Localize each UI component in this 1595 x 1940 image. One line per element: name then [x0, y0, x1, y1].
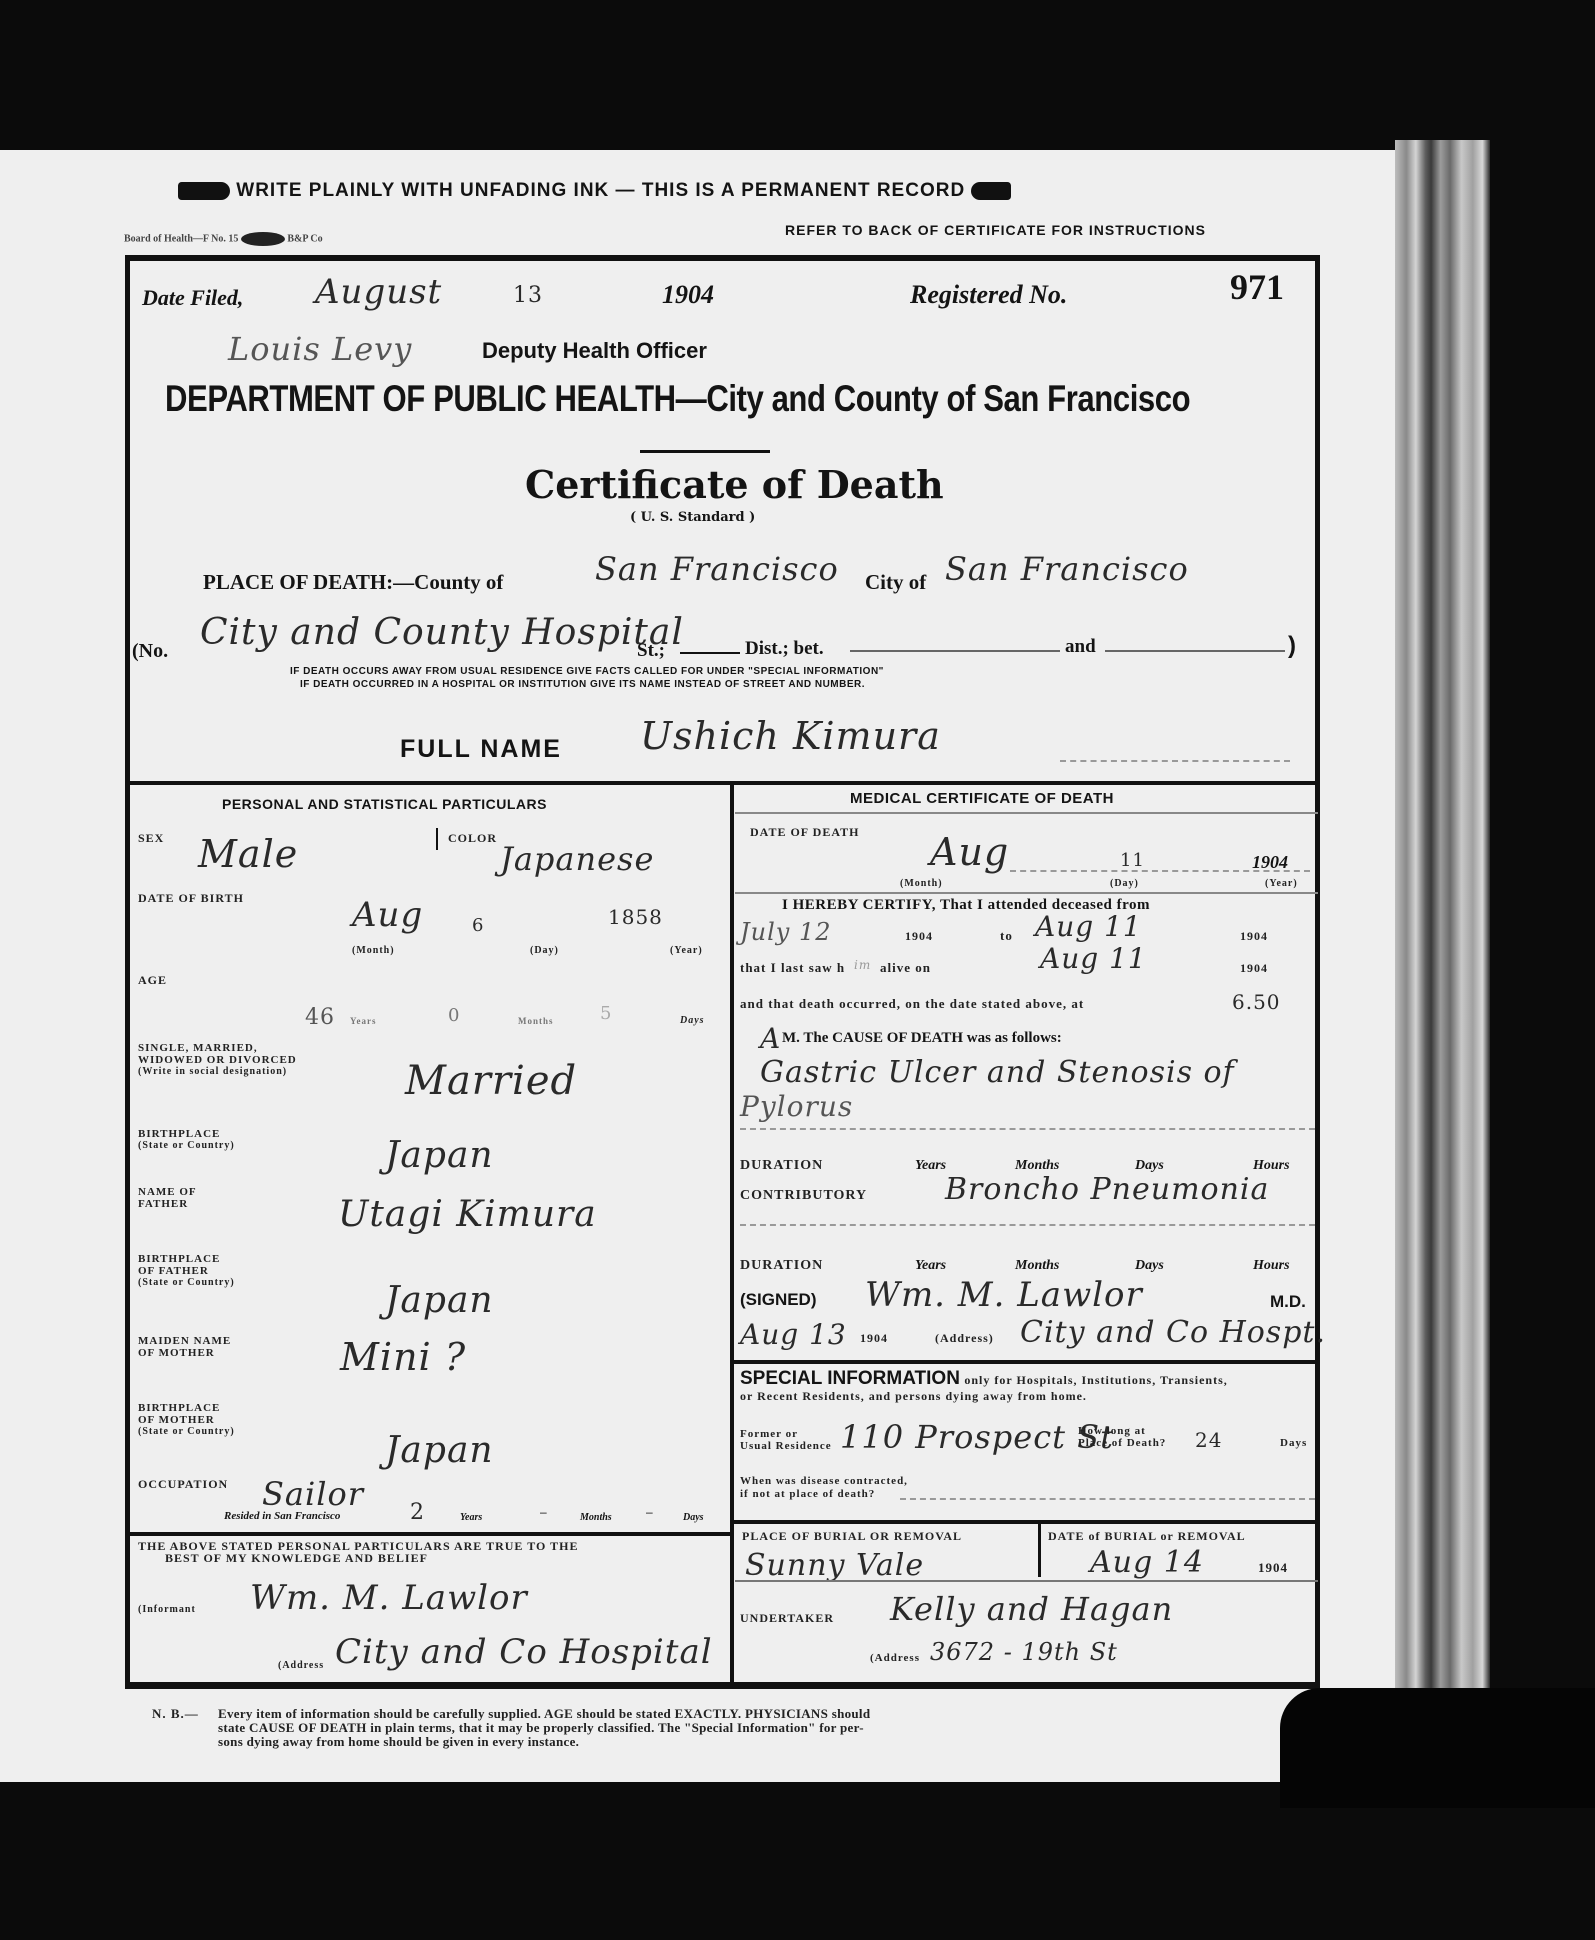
- last-saw-year: 1904: [1240, 962, 1268, 974]
- pointing-hand-icon-right: [971, 182, 1011, 200]
- page-binding-edge: [1395, 140, 1490, 1700]
- special-note: only for Hospitals, Institutions, Transi…: [964, 1373, 1227, 1387]
- undertaker-value: Kelly and Hagan: [890, 1590, 1173, 1628]
- dob-day: 6: [472, 915, 484, 936]
- last-saw-date: Aug 11: [1040, 942, 1147, 975]
- color-value: Japanese: [500, 840, 654, 878]
- footer-line-3: sons dying away from home should be give…: [218, 1736, 579, 1748]
- dob-day-caption: (Day): [530, 945, 559, 957]
- father-bp-label-2: OF FATHER: [138, 1265, 209, 1277]
- place-note-2: IF DEATH OCCURRED IN A HOSPITAL OR INSTI…: [300, 679, 865, 690]
- last-saw-pronoun: im: [854, 958, 871, 972]
- city-value: San Francisco: [945, 550, 1189, 588]
- burial-year: 1904: [1258, 1562, 1288, 1574]
- cause-line-1: Gastric Ulcer and Stenosis of: [760, 1055, 1235, 1090]
- how-long-label-2: Place of Death?: [1078, 1437, 1166, 1449]
- duration-days-2: Days: [1135, 1258, 1164, 1274]
- place-of-death-label: PLACE OF DEATH:—County of: [203, 570, 503, 595]
- contracted-line: [900, 1498, 1315, 1500]
- burial-divider: [1038, 1522, 1041, 1577]
- age-label: AGE: [138, 974, 167, 986]
- last-saw-label: that I last saw h: [740, 962, 845, 974]
- date-filed-day: 13: [513, 283, 543, 308]
- how-long-unit: Days: [1280, 1437, 1307, 1449]
- resided-years-caption: Years: [460, 1512, 482, 1523]
- alive-on-label: alive on: [880, 962, 931, 974]
- warning-text: WRITE PLAINLY WITH UNFADING INK — THIS I…: [236, 180, 965, 201]
- dod-day: 11: [1120, 850, 1145, 871]
- mother-bp-label-1: BIRTHPLACE: [138, 1402, 220, 1414]
- age-days: 5: [600, 1003, 612, 1024]
- dod-year-caption: (Year): [1265, 878, 1298, 890]
- marital-value: Married: [405, 1058, 577, 1104]
- dod-label: DATE OF DEATH: [750, 826, 859, 838]
- mother-bp-value: Japan: [385, 1430, 494, 1471]
- date-filed-label: Date Filed,: [142, 285, 243, 311]
- contributory-line-2: [740, 1224, 1315, 1226]
- signed-value: Wm. M. Lawlor: [865, 1275, 1143, 1315]
- how-long-value: 24: [1195, 1428, 1222, 1452]
- residence-label-1: Former or: [740, 1428, 798, 1440]
- md-label: M.D.: [1270, 1292, 1306, 1312]
- contracted-label-2: if not at place of death?: [740, 1488, 875, 1500]
- registered-label: Registered No.: [910, 280, 1067, 310]
- form-code: Board of Health—F No. 15 B&P Co: [124, 232, 323, 246]
- signed-label: (SIGNED): [740, 1290, 817, 1310]
- district-label: Dist.; bet.: [745, 638, 824, 660]
- close-paren: ): [1288, 632, 1296, 660]
- full-name-label: FULL NAME: [400, 735, 562, 764]
- personal-bottom-line: [128, 1532, 730, 1536]
- burial-date-value: Aug 14: [1090, 1545, 1204, 1580]
- occupation-value: Sailor: [262, 1475, 364, 1513]
- age-days-caption: Days: [680, 1015, 705, 1027]
- signed-year: 1904: [860, 1332, 888, 1344]
- cause-label: M. The CAUSE OF DEATH was as follows:: [782, 1030, 1062, 1047]
- cause-line-2: Pylorus: [740, 1090, 853, 1123]
- standard-subtitle: ( U. S. Standard ): [630, 510, 755, 525]
- signed-bottom-line: [733, 1360, 1318, 1364]
- dob-year: 1858: [608, 905, 663, 929]
- dob-month: Aug: [352, 895, 423, 935]
- residence-value: 110 Prospect St: [840, 1418, 1114, 1456]
- death-ampm: A: [760, 1022, 781, 1055]
- section-top-line: [128, 781, 1318, 785]
- dod-month-caption: (Month): [900, 878, 943, 890]
- to-label: to: [1000, 930, 1013, 942]
- warning-banner: WRITE PLAINLY WITH UNFADING INK — THIS I…: [178, 180, 1011, 202]
- county-value: San Francisco: [595, 550, 839, 588]
- mother-bp-label-2: OF MOTHER: [138, 1414, 215, 1426]
- father-value: Utagi Kimura: [338, 1194, 597, 1235]
- street-label: St.;: [637, 640, 665, 662]
- undertaker-label: UNDERTAKER: [740, 1612, 834, 1624]
- father-label-1: NAME OF: [138, 1186, 197, 1198]
- informant-name: Wm. M. Lawlor: [250, 1578, 528, 1618]
- residence-label-2: Usual Residence: [740, 1440, 832, 1452]
- and-label: and: [1065, 636, 1096, 658]
- dod-bottom-line: [735, 892, 1318, 894]
- date-filed-year: 1904: [662, 280, 714, 310]
- signed-address-label: (Address): [935, 1332, 994, 1344]
- personal-heading: PERSONAL AND STATISTICAL PARTICULARS: [222, 796, 547, 812]
- mother-label-2: OF MOTHER: [138, 1347, 215, 1359]
- officer-signature: Louis Levy: [228, 330, 412, 368]
- place-note-1: IF DEATH OCCURS AWAY FROM USUAL RESIDENC…: [290, 666, 884, 677]
- resided-years: 2: [410, 1500, 425, 1525]
- mother-value: Mini ?: [340, 1335, 466, 1379]
- full-name-line: [1060, 760, 1290, 762]
- footer-line-1: Every item of information should be care…: [218, 1708, 870, 1720]
- burial-place-label: PLACE OF BURIAL OR REMOVAL: [742, 1530, 962, 1542]
- attended-from-year: 1904: [905, 930, 933, 942]
- color-divider: [436, 828, 438, 850]
- sex-label: SEX: [138, 832, 164, 844]
- resided-days-caption: Days: [683, 1512, 704, 1523]
- duration-label-2: DURATION: [740, 1260, 823, 1272]
- medical-heading-line: [735, 812, 1318, 814]
- special-bottom-line: [733, 1520, 1318, 1524]
- dob-month-caption: (Month): [352, 945, 395, 957]
- birthplace-label-1: BIRTHPLACE: [138, 1128, 220, 1140]
- undertaker-address-label: (Address: [870, 1652, 920, 1664]
- institution-value: City and County Hospital: [200, 612, 684, 653]
- duration-hours-2: Hours: [1253, 1258, 1290, 1274]
- dod-day-caption: (Day): [1110, 878, 1139, 890]
- full-name-value: Ushich Kimura: [640, 714, 941, 758]
- duration-years-2: Years: [915, 1258, 946, 1274]
- marital-label-2: WIDOWED OR DIVORCED: [138, 1054, 297, 1066]
- mother-bp-label-3: (State or Country): [138, 1426, 235, 1438]
- certificate-title: Certificate of Death: [525, 462, 944, 507]
- age-months-caption: Months: [518, 1015, 554, 1027]
- resided-label: Resided in San Francisco: [224, 1510, 340, 1522]
- mother-label-1: MAIDEN NAME: [138, 1335, 231, 1347]
- sex-value: Male: [198, 832, 298, 876]
- resided-months-caption: Months: [580, 1512, 612, 1523]
- resided-days: –: [646, 1505, 653, 1519]
- special-note-2: or Recent Residents, and persons dying a…: [740, 1390, 1087, 1402]
- contributory-label: CONTRIBUTORY: [740, 1190, 867, 1202]
- birthplace-label-2: (State or Country): [138, 1140, 235, 1152]
- signed-address: City and Co Hospt.: [1020, 1315, 1326, 1350]
- informant-label: (Informant: [138, 1604, 196, 1616]
- title-divider: [640, 450, 770, 453]
- father-label-2: FATHER: [138, 1198, 188, 1210]
- father-bp-value: Japan: [385, 1280, 494, 1321]
- and-line: [1105, 650, 1285, 652]
- pointing-hand-icon: [178, 182, 230, 200]
- registered-number: 971: [1230, 266, 1284, 308]
- father-bp-label-3: (State or Country): [138, 1277, 235, 1289]
- refer-instructions: REFER TO BACK OF CERTIFICATE FOR INSTRUC…: [785, 222, 1206, 238]
- attended-to-year: 1904: [1240, 930, 1268, 942]
- footer-line-2: state CAUSE OF DEATH in plain terms, tha…: [218, 1722, 864, 1734]
- street-no-label: (No.: [132, 640, 168, 663]
- marital-label-3: (Write in social designation): [138, 1066, 287, 1078]
- occupation-label: OCCUPATION: [138, 1478, 228, 1490]
- dod-month: Aug: [930, 830, 1009, 874]
- age-months: 0: [448, 1005, 460, 1026]
- informant-attest-2: BEST OF MY KNOWLEDGE AND BELIEF: [165, 1552, 428, 1564]
- special-heading: SPECIAL INFORMATION only for Hospitals, …: [740, 1368, 1228, 1390]
- scan-shadow: [1280, 1688, 1595, 1808]
- undertaker-address: 3672 - 19th St: [930, 1638, 1118, 1666]
- duration-years-1: Years: [915, 1158, 946, 1174]
- dob-year-caption: (Year): [670, 945, 703, 957]
- officer-title: Deputy Health Officer: [482, 338, 707, 364]
- burial-place-value: Sunny Vale: [745, 1548, 924, 1583]
- resided-months: –: [540, 1505, 547, 1519]
- city-label: City of: [865, 570, 926, 595]
- district-line: [850, 650, 1060, 652]
- father-bp-label-1: BIRTHPLACE: [138, 1253, 220, 1265]
- duration-months-2: Months: [1015, 1258, 1059, 1274]
- signed-date: Aug 13: [740, 1318, 847, 1351]
- cause-line-3: [740, 1128, 1315, 1130]
- nb-label: N. B.—: [152, 1708, 199, 1720]
- column-divider: [730, 783, 734, 1687]
- duration-label-1: DURATION: [740, 1160, 823, 1172]
- age-years-caption: Years: [350, 1015, 377, 1027]
- informant-address: City and Co Hospital: [335, 1632, 713, 1672]
- death-time: 6.50: [1232, 990, 1281, 1014]
- marital-label-1: SINGLE, MARRIED,: [138, 1042, 258, 1054]
- how-long-label-1: How long at: [1078, 1425, 1146, 1437]
- dod-line: [1010, 870, 1310, 872]
- department-title: DEPARTMENT OF PUBLIC HEALTH—City and Cou…: [165, 378, 1190, 420]
- age-years: 46: [305, 1005, 335, 1030]
- contracted-label-1: When was disease contracted,: [740, 1475, 908, 1487]
- union-label-icon: [241, 232, 285, 246]
- street-line: [680, 652, 740, 654]
- date-filed-month: August: [315, 272, 442, 312]
- attended-from: July 12: [740, 918, 831, 946]
- informant-address-label: (Address: [278, 1660, 324, 1672]
- birthplace-value: Japan: [385, 1135, 494, 1176]
- burial-date-label: DATE of BURIAL or REMOVAL: [1048, 1530, 1246, 1542]
- occurred-text: and that death occurred, on the date sta…: [740, 998, 1084, 1010]
- color-label: COLOR: [448, 832, 497, 844]
- special-title: SPECIAL INFORMATION: [740, 1368, 960, 1389]
- dob-label: DATE OF BIRTH: [138, 892, 244, 904]
- medical-heading: MEDICAL CERTIFICATE OF DEATH: [850, 790, 1114, 807]
- attended-to: Aug 11: [1035, 910, 1142, 943]
- contributory-value: Broncho Pneumonia: [945, 1172, 1269, 1207]
- burial-line: [735, 1580, 1318, 1582]
